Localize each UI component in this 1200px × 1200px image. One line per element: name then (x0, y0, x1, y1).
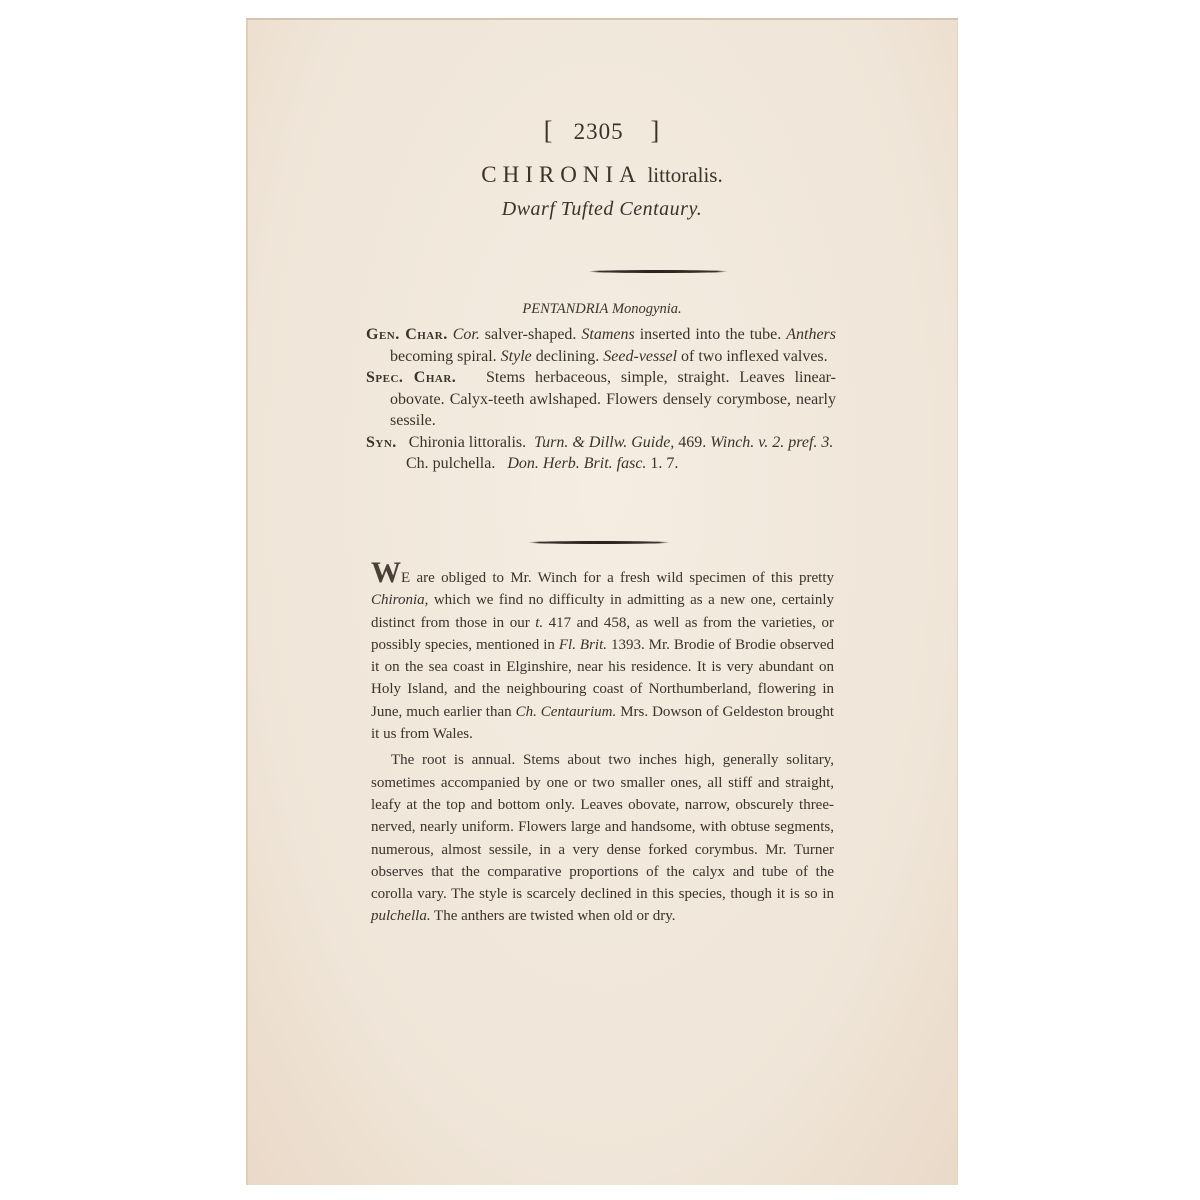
gen-char-label: Gen. Char. (366, 326, 448, 343)
drop-cap: W (371, 556, 401, 589)
plate-number-value: 2305 (574, 119, 624, 144)
synonym-ref-number: 469. (678, 434, 706, 451)
specific-character: Spec. Char. Stems herbaceous, simple, st… (366, 367, 836, 432)
term: Stamens (581, 326, 634, 343)
synonym-name: Chironia littoralis. (409, 434, 526, 451)
synonymy-2: Ch. pulchella. Don. Herb. Brit. fasc. 1.… (366, 453, 836, 475)
italic-term: Fl. Brit. (559, 637, 607, 653)
characters-block: Gen. Char. Cor. salver-shaped. Stamens i… (366, 324, 836, 475)
common-name: Dwarf Tufted Centaury. (246, 198, 958, 221)
text: salver-shaped. (480, 326, 582, 343)
paragraph-2: The root is annual. Stems about two inch… (371, 749, 834, 927)
synonymy: Syn. Chironia littoralis. Turn. & Dillw.… (366, 432, 836, 454)
text: inserted into the tube. (635, 326, 787, 343)
synonym-reference-2: Winch. v. 2. pref. 3. (710, 434, 833, 451)
bracket-close: ] (651, 116, 661, 145)
text: E are obliged to Mr. Winch for a fresh w… (401, 570, 834, 586)
synonym-ref-number: 1. 7. (650, 455, 678, 472)
italic-term: pulchella. (371, 908, 431, 924)
italic-term: t. (535, 615, 543, 631)
text: becoming spiral. (390, 348, 501, 365)
generic-character: Gen. Char. Cor. salver-shaped. Stamens i… (366, 324, 836, 367)
text: of two inflexed valves. (677, 348, 828, 365)
syn-label: Syn. (366, 434, 397, 451)
text: declining. (532, 348, 604, 365)
spec-char-label: Spec. Char. (366, 369, 456, 386)
term: Anthers (786, 326, 836, 343)
italic-term: Chironia (371, 592, 425, 608)
linnaean-class: PENTANDRIA (522, 301, 608, 317)
synonym-reference: Turn. & Dillw. Guide, (534, 434, 674, 451)
species-title: CHIRONIA littoralis. (246, 162, 958, 188)
ornamental-rule (528, 541, 670, 544)
text: The anthers are twisted when old or dry. (431, 908, 676, 924)
synonym-reference: Don. Herb. Brit. fasc. (507, 455, 646, 472)
term: Style (501, 348, 532, 365)
term: Seed-vessel (603, 348, 677, 365)
text: The root is annual. Stems about two inch… (371, 752, 834, 902)
description-body: WE are obliged to Mr. Winch for a fresh … (371, 558, 834, 928)
term: Cor. (453, 326, 480, 343)
ornamental-rule (588, 270, 728, 273)
paragraph-1: WE are obliged to Mr. Winch for a fresh … (371, 558, 834, 745)
genus-name: CHIRONIA (481, 162, 641, 187)
spec-char-text: Stems herbaceous, simple, straight. Leav… (390, 369, 836, 429)
synonym-name: Ch. pulchella. (406, 455, 495, 472)
linnaean-order: Monogynia. (612, 301, 682, 317)
species-name: littoralis. (647, 163, 722, 187)
bracket-open: [ (544, 116, 554, 145)
classification-heading: PENTANDRIA Monogynia. (246, 301, 958, 318)
plate-number: [ 2305 ] (246, 116, 958, 146)
italic-term: Ch. Centaurium. (516, 704, 617, 720)
document-page: [ 2305 ] CHIRONIA littoralis. Dwarf Tuft… (246, 18, 958, 1185)
